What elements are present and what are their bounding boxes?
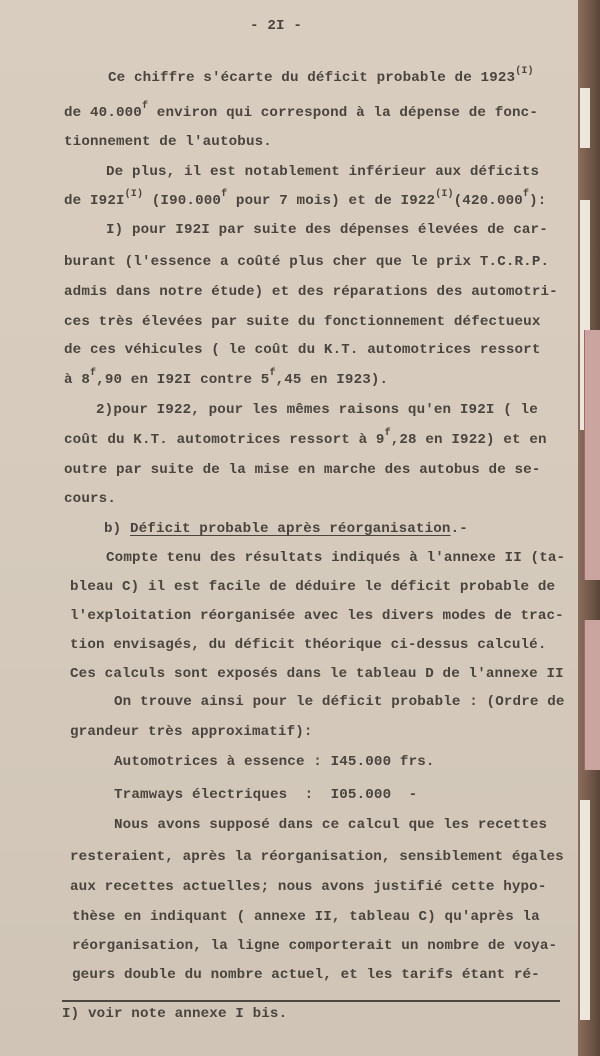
estimate-value: I45.000 frs. [331,754,435,770]
paragraph-4-line-2: grandeur très approximatif): [70,724,313,740]
paragraph-1-line-2: de 40.000f environ qui correspond à la d… [64,105,538,121]
paragraph-3-line-2: bleau C) il est facile de déduire le déf… [70,579,555,595]
text: ): [529,193,546,209]
deficit-estimate-petrol-railcars: Automotrices à essence : I45.000 frs. [114,754,435,770]
section-label: b) [104,521,130,537]
text: .- [451,521,468,537]
text: ,45 en I923). [276,372,389,388]
paragraph-2-line-2: de I92I(I) (I90.000f pour 7 mois) et de … [64,193,546,209]
paper-edge [580,88,590,148]
paragraph-1-line-3: tionnement de l'autobus. [64,134,272,150]
text: coût du K.T. automotrices ressort à 9 [64,432,385,448]
item-2-line-2: coût du K.T. automotrices ressort à 9f,2… [64,432,547,448]
estimate-label: Tramways électriques [114,787,287,803]
paragraph-3-line-5: Ces calculs sont exposés dans le tableau… [70,666,564,682]
paragraph-5-line-4: thèse en indiquant ( annexe II, tableau … [72,909,540,925]
franc-superscript: f [269,368,275,379]
item-1-line-3: admis dans notre étude) et des réparatio… [64,284,558,300]
franc-superscript: f [90,368,96,379]
text: ,28 en I922) et en [391,432,547,448]
text: pour 7 mois) et de I922 [227,193,435,209]
paragraph-5-line-1: Nous avons supposé dans ce calcul que le… [114,817,547,833]
footnote-mark: (I) [435,189,453,200]
section-b-heading: b) Déficit probable après réorganisation… [104,521,468,537]
section-title: Déficit probable après réorganisation [130,521,451,537]
paragraph-5-line-2: resteraient, après la réorganisation, se… [70,849,564,865]
paragraph-3-line-4: tion envisagés, du déficit théorique ci-… [70,637,547,653]
item-1-line-6: à 8f,90 en I92I contre 5f,45 en I923). [64,372,388,388]
paragraph-3-line-1: Compte tenu des résultats indiqués à l'a… [106,550,565,566]
franc-superscript: f [142,101,148,112]
item-1-line-4: ces très élevées par suite du fonctionne… [64,314,541,330]
paragraph-2-line-1: De plus, il est notablement inférieur au… [106,164,539,180]
text: de I92I [64,193,125,209]
item-1-line-1: I) pour I92I par suite des dépenses élev… [106,222,548,238]
item-2-line-3: outre par suite de la mise en marche des… [64,462,541,478]
paragraph-5-line-3: aux recettes actuelles; nous avons justi… [70,879,547,895]
text: (I90.000 [143,193,221,209]
footnote-mark: (I) [515,66,533,77]
deficit-estimate-electric-tramways: Tramways électriques : I05.000 - [114,787,417,803]
pink-paper-edge [584,620,600,770]
item-1-line-5: de ces véhicules ( le coût du K.T. autom… [64,342,541,358]
footnote-mark: (I) [125,189,143,200]
paragraph-5-line-6: geurs double du nombre actuel, et les ta… [72,967,540,983]
franc-superscript: f [221,189,227,200]
text: ,90 en I92I contre 5 [96,372,269,388]
item-2-line-4: cours. [64,491,116,507]
item-2-line-1: 2)pour I922, pour les mêmes raisons qu'e… [96,402,538,418]
paragraph-1-line-1: Ce chiffre s'écarte du déficit probable … [108,70,534,86]
paper-edge [580,800,590,1020]
separator: : [287,787,330,803]
estimate-value: I05.000 - [331,787,418,803]
paragraph-5-line-5: réorganisation, la ligne comporterait un… [72,938,557,954]
paragraph-3-line-3: l'exploitation réorganisée avec les dive… [70,608,564,624]
pink-paper-edge [584,330,600,580]
page-number: - 2I - [250,18,302,34]
text: environ qui correspond à la dépense de f… [148,105,538,121]
estimate-label: Automotrices à essence [114,754,305,770]
text: à 8 [64,372,90,388]
franc-superscript: f [523,189,529,200]
text: de 40.000 [64,105,142,121]
item-1-line-2: burant (l'essence a coûté plus cher que … [64,254,549,270]
footnote-text: I) voir note annexe I bis. [62,1006,287,1022]
footnote-divider [62,1000,560,1002]
separator: : [305,754,331,770]
franc-superscript: f [385,428,391,439]
typewritten-page: - 2I - Ce chiffre s'écarte du déficit pr… [0,0,578,1056]
paragraph-4-line-1: On trouve ainsi pour le déficit probable… [114,694,565,710]
text: Ce chiffre s'écarte du déficit probable … [108,70,515,86]
text: (420.000 [454,193,523,209]
